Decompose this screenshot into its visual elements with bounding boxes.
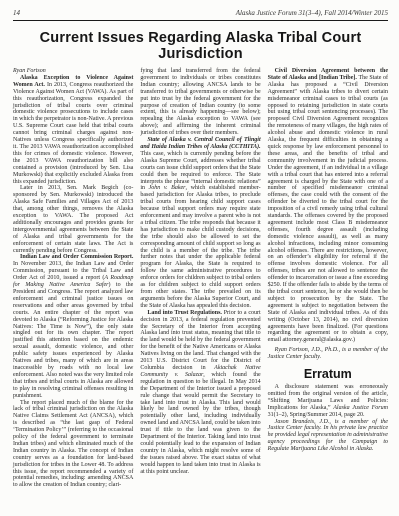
text-run: Land into Trust Regulations.	[147, 310, 223, 316]
paragraph: Alaska Exception to Violence Against Wom…	[13, 75, 133, 186]
paragraph: Later in 2013, Sen. Mark Begich (co-spon…	[13, 185, 133, 254]
erratum-heading: Erratum	[268, 371, 388, 378]
article-body: Ryan FortsonAlaska Exception to Violence…	[13, 68, 388, 489]
text-run: Ryan Fortson, J.D., Ph.D., is a member o…	[268, 347, 388, 360]
text-run: State of Alaska v. Central Council of Tl…	[140, 137, 260, 150]
journal-page: 14 Alaska Justice Forum 31(3–4), Fall 20…	[0, 0, 399, 516]
text-run: The report placed much of the blame for …	[13, 400, 133, 489]
text-run: fying that land transferred from the fed…	[140, 68, 260, 136]
erratum-body: A disclosure statement was erroneously o…	[268, 384, 388, 453]
text-run: Ryan Fortson	[13, 68, 46, 74]
text-run: Alaska Justice Forum	[333, 405, 388, 411]
text-run: Prior to a court decision in 2013, a fed…	[140, 310, 260, 371]
page-header: 14 Alaska Justice Forum 31(3–4), Fall 20…	[13, 9, 388, 17]
header-rule	[13, 20, 388, 21]
text-run: , which established member-based jurisdi…	[140, 185, 260, 308]
text-run: , which found the regulation in question…	[140, 372, 260, 475]
paragraph: Ryan Fortson, J.D., Ph.D., is a member o…	[268, 347, 388, 361]
text-run: 31(1–2), Spring/Summer 2014, page 20.	[268, 412, 365, 418]
text-run: John v. Baker	[149, 185, 186, 191]
text-run: ) to the President and Congress. The rep…	[13, 282, 133, 399]
text-run: Later in 2013, Sen. Mark Begich (co-spon…	[13, 185, 133, 253]
text-run: Jason Brandeis, J.D., is a member of the…	[268, 419, 388, 453]
journal-masthead: Alaska Justice Forum 31(3–4), Fall 2014/…	[236, 9, 388, 17]
paragraph: fying that land transferred from the fed…	[140, 68, 260, 137]
paragraph: Indian Law and Order Commission Report. …	[13, 254, 133, 399]
text-run: The State of Alaska has proposed a “Civi…	[268, 75, 388, 343]
paragraph: Civil Diversion Agreement between the St…	[268, 68, 388, 344]
page-number: 14	[13, 9, 20, 17]
paragraph: Jason Brandeis, J.D., is a member of the…	[268, 419, 388, 454]
article-title: Current Issues Regarding Alaska Tribal C…	[13, 30, 388, 62]
column-2: fying that land transferred from the fed…	[140, 68, 260, 489]
paragraph: Land into Trust Regulations. Prior to a …	[140, 310, 260, 476]
column-1: Ryan FortsonAlaska Exception to Violence…	[13, 68, 133, 489]
column-3-text: Civil Diversion Agreement between the St…	[268, 68, 388, 361]
paragraph: State of Alaska v. Central Council of Tl…	[140, 137, 260, 310]
text-run: Indian Law and Order Commission Report.	[20, 254, 133, 260]
text-run: In 2013, Congress reauthorized the Viole…	[13, 82, 133, 185]
paragraph: The report placed much of the blame for …	[13, 400, 133, 490]
column-3: Civil Diversion Agreement between the St…	[268, 68, 388, 489]
paragraph: A disclosure statement was erroneously o…	[268, 384, 388, 419]
paragraph: Ryan Fortson	[13, 68, 133, 75]
